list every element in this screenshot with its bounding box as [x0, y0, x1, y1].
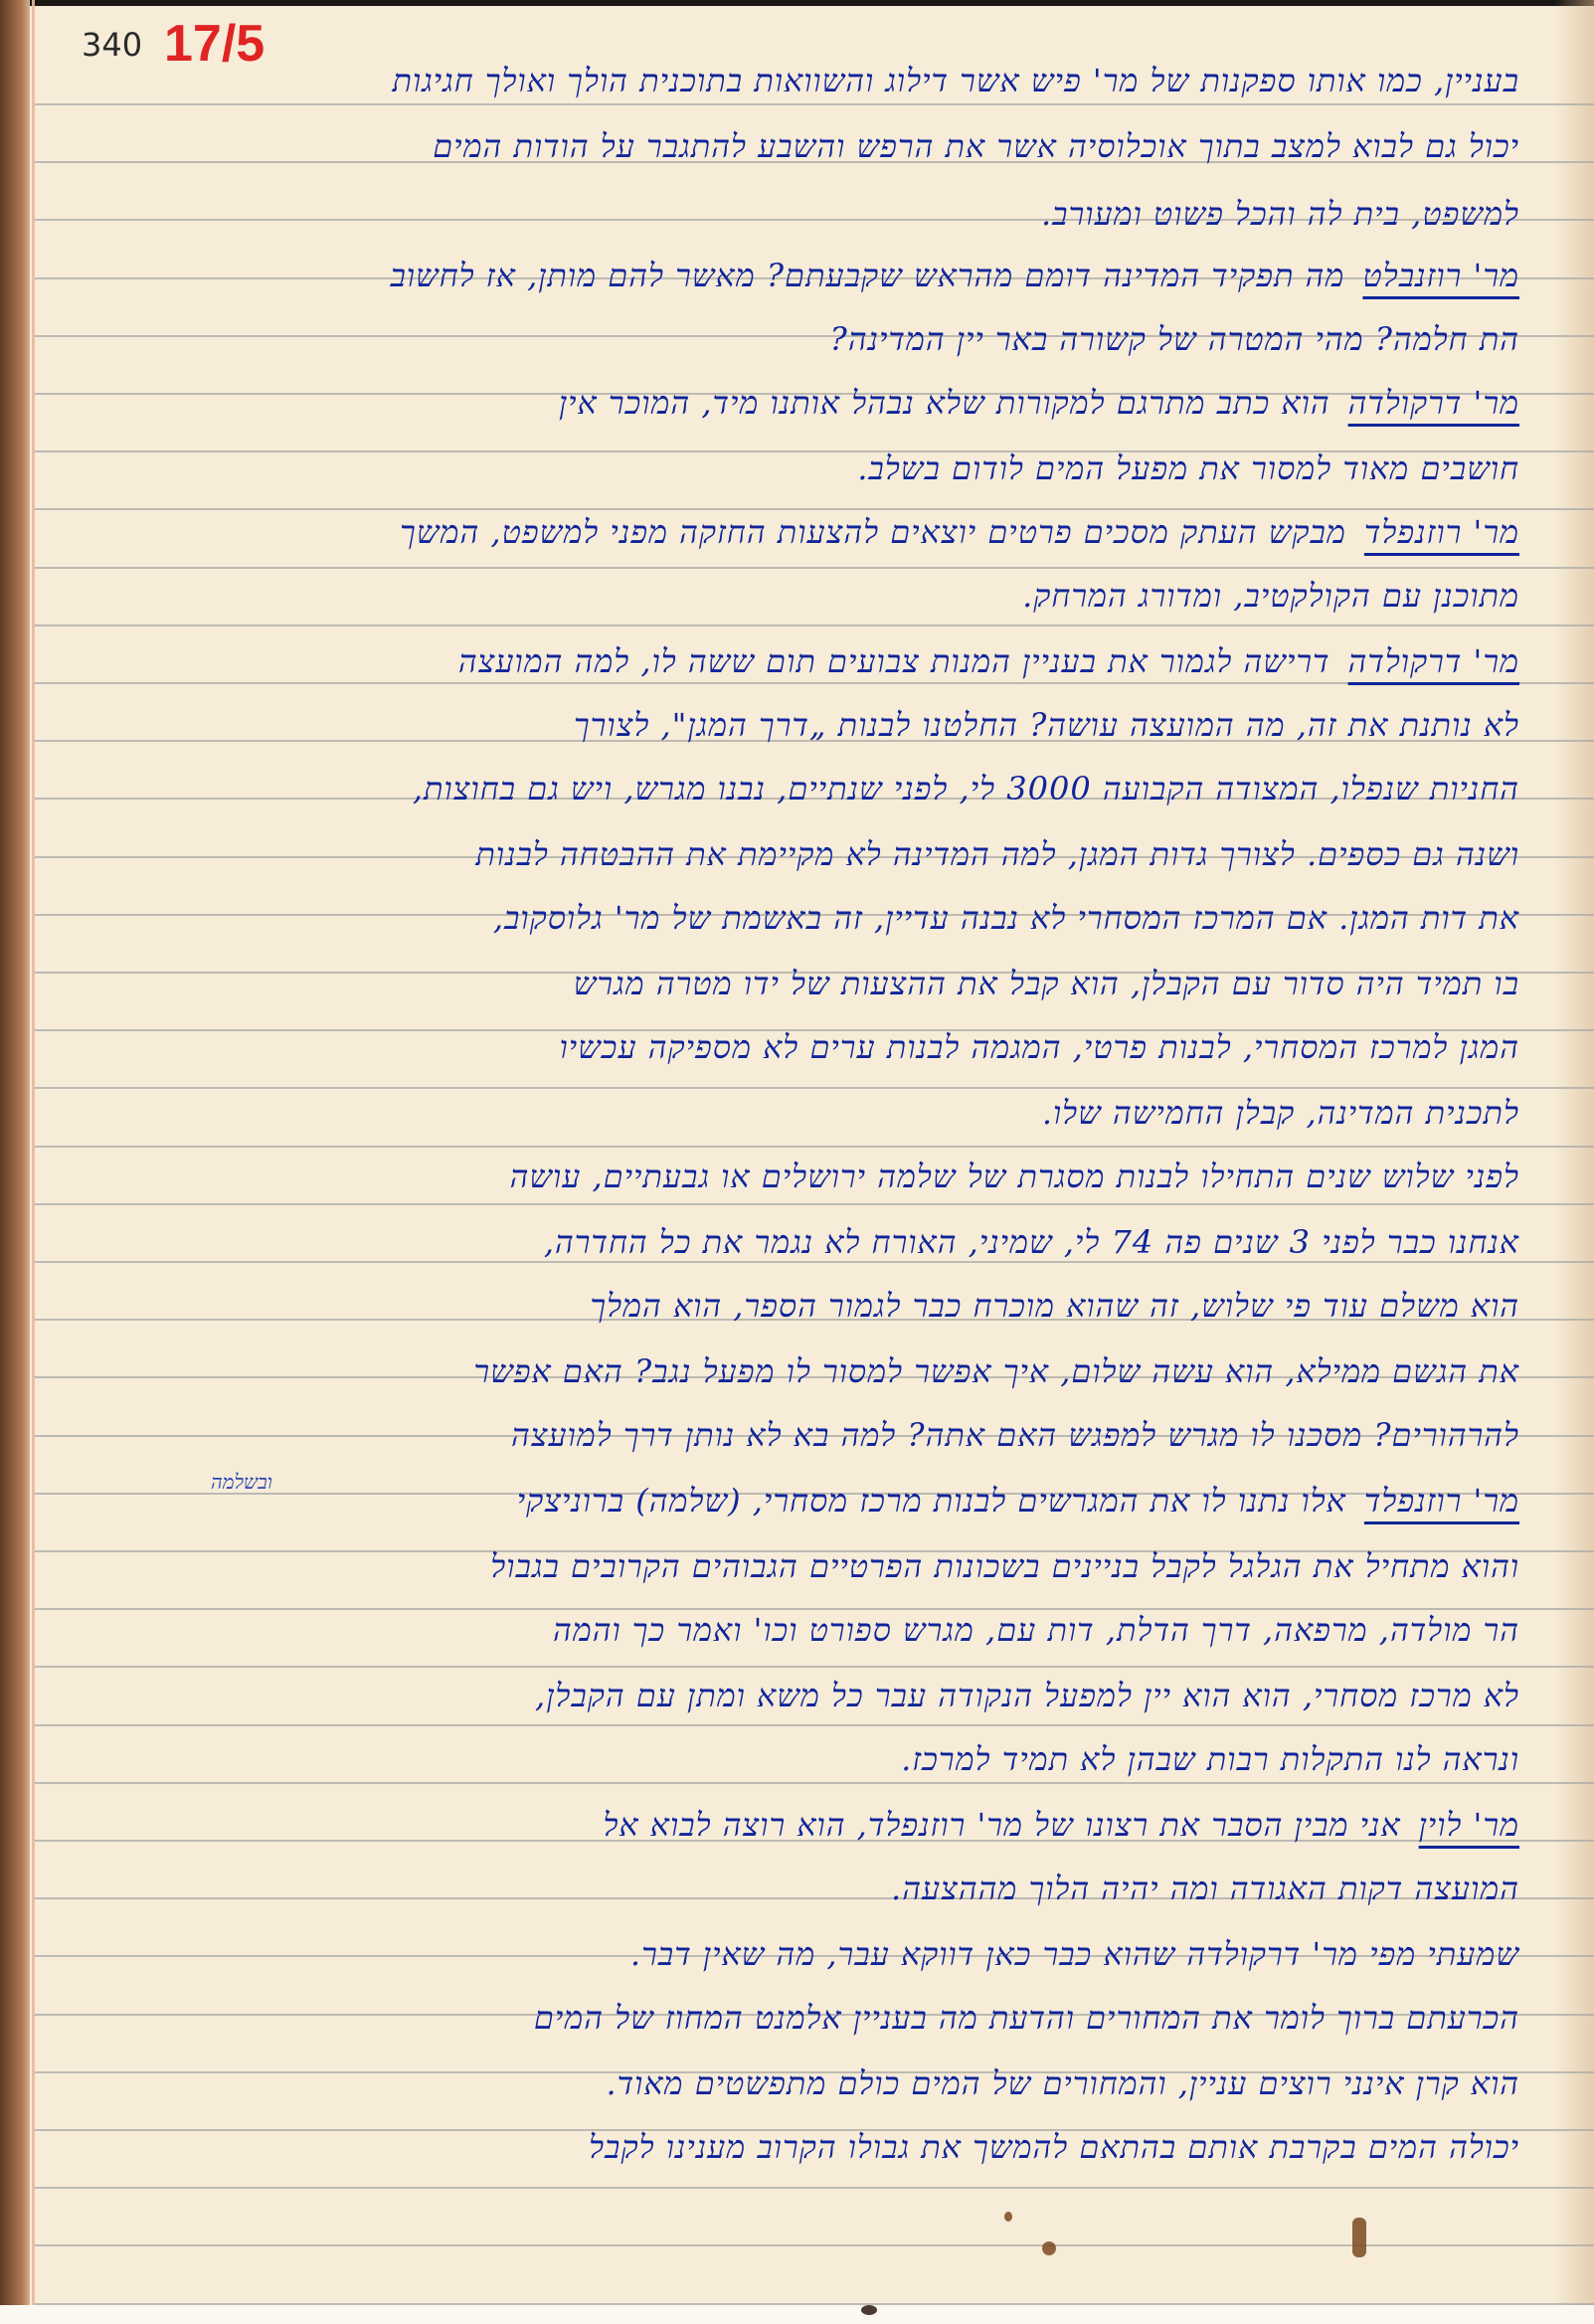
handwritten-line: הוא משלם עוד פי שלוש, זה שהוא מוכרח כבר …	[590, 1287, 1519, 1325]
handwritten-line: בו תמיד היה סדור עם הקבלן, הוא קבל את הה…	[574, 965, 1519, 1002]
speaker-name: מר' רוזנבלט	[1344, 257, 1519, 294]
handwritten-line: המגן למרכז המסחרי, לבנות פרטי, המגמה לבנ…	[560, 1028, 1519, 1066]
line-text: לתכנית המדינה, קבלן החמישה שלו.	[1042, 1094, 1519, 1132]
ruled-line	[35, 103, 1594, 105]
handwritten-line: בעניין, כמו אותו ספקנות של מר' פיש אשר ד…	[393, 62, 1520, 99]
ruled-line	[35, 2303, 1594, 2305]
page-number: 340	[82, 26, 142, 64]
ruled-line	[35, 625, 1594, 626]
line-text: את דות המגן. אם המרכז המסחרי לא נבנה עדי…	[493, 899, 1519, 937]
handwritten-line: מר' דרקולדהדרישה לגמור את בעניין המנות צ…	[458, 642, 1519, 680]
handwritten-line: להרהורים? מסכנו לו מגרש למפגש האם אתה? ל…	[511, 1416, 1519, 1454]
handwritten-line: לפני שלוש שנים התחילו לבנות מסגרת של שלמ…	[510, 1158, 1519, 1195]
line-text: לפני שלוש שנים התחילו לבנות מסגרת של שלמ…	[510, 1158, 1519, 1195]
line-text: בעניין, כמו אותו ספקנות של מר' פיש אשר ד…	[393, 62, 1520, 99]
page-edge-shadow	[1554, 0, 1594, 2307]
line-text: הר מולדה, מרפאה, דרך הדלת, דות עם, מגרש …	[553, 1611, 1519, 1649]
handwritten-line: אנחנו כבר לפני 3 שנים פה 74 לי, שמיני, ה…	[544, 1223, 1519, 1261]
speaker-name: מר' דרקולדה	[1330, 642, 1519, 680]
handwritten-line: לא מרכז מסחרי, הוא הוא יין למפעל הנקודה …	[535, 1677, 1519, 1714]
handwritten-line: למשפט, בית לה והכל פשוט ומעורב.	[1041, 195, 1519, 233]
line-text: המועצה דקות האגודה ומה יהיה הלוך מההצעה.	[891, 1870, 1519, 1907]
handwritten-line: מר' דרקולדההוא כתב מתרגם למקורות שלא נבה…	[559, 384, 1519, 422]
line-text: הת חלמה? מהי המטרה של קשורה באר יין המדי…	[830, 320, 1519, 358]
line-text: יכול גם לבוא למצב בתוך אוכלוסיה אשר את ה…	[433, 127, 1519, 165]
speaker-name: מר' רוזנפלד	[1346, 1482, 1519, 1520]
line-text: לא מרכז מסחרי, הוא הוא יין למפעל הנקודה …	[535, 1677, 1519, 1714]
handwritten-line: את הגשם ממילא, הוא עשה שלום, איך אפשר למ…	[473, 1352, 1519, 1390]
handwritten-line: את דות המגן. אם המרכז המסחרי לא נבנה עדי…	[493, 899, 1519, 937]
ruled-line	[35, 1608, 1594, 1610]
speaker-name: מר' לוין	[1401, 1806, 1519, 1844]
handwritten-line: מר' רוזנבלטמה תפקיד המדינה דומם מהראש שק…	[390, 257, 1519, 294]
handwritten-line: לתכנית המדינה, קבלן החמישה שלו.	[1042, 1094, 1519, 1132]
line-text: הוא כתב מתרגם למקורות שלא נבהל אותנו מיד…	[559, 384, 1330, 422]
line-text: החניות שנפלו, המצודה הקבועה 3000 לי, לפנ…	[413, 770, 1519, 807]
ruled-line	[35, 1203, 1594, 1205]
handwritten-line: ונראה לנו התקלות רבות שבהן לא תמיד למרכז…	[901, 1740, 1519, 1778]
speaker-name: מר' רוזנפלד	[1346, 513, 1519, 551]
ink-stain	[861, 2305, 877, 2315]
line-text: מה תפקיד המדינה דומם מהראש שקבעתם? מאשר …	[390, 257, 1344, 294]
line-text: בו תמיד היה סדור עם הקבלן, הוא קבל את הה…	[574, 965, 1519, 1002]
scan-bottom-border	[0, 2305, 1594, 2324]
line-text: שמעתי מפי מר' דרקולדה שהוא כבר כאן דווקא…	[630, 1935, 1519, 1973]
line-text: אנחנו כבר לפני 3 שנים פה 74 לי, שמיני, ה…	[544, 1223, 1519, 1261]
line-text: לא נותנת את זה, מה המועצה עושה? החלטנו ל…	[574, 706, 1519, 744]
handwritten-line: מר' רוזנפלדמבקש העתק מסכים פרטים יוצאים …	[400, 513, 1519, 551]
line-text: והוא מתחיל את הגלגל לקבל בניינים בשכונות…	[490, 1547, 1519, 1585]
margin-line	[32, 0, 35, 2307]
line-text: למשפט, בית לה והכל פשוט ומעורב.	[1041, 195, 1519, 233]
handwritten-line: המועצה דקות האגודה ומה יהיה הלוך מההצעה.	[891, 1870, 1519, 1907]
handwritten-line: והוא מתחיל את הגלגל לקבל בניינים בשכונות…	[490, 1547, 1519, 1585]
line-text: להרהורים? מסכנו לו מגרש למפגש האם אתה? ל…	[511, 1416, 1519, 1454]
speaker-name: מר' דרקולדה	[1330, 384, 1519, 422]
ruled-line	[35, 2187, 1594, 2189]
line-text: אלו נתנו לו את המגרשים לבנות מרכז מסחרי,…	[517, 1482, 1346, 1520]
handwritten-line: ושנה גם כספים. לצורך גדות המגן, למה המדי…	[475, 835, 1519, 873]
line-text: אני מבין הסבר את רצונו של מר' רוזנפלד, ה…	[603, 1806, 1400, 1844]
ruled-line	[35, 1666, 1594, 1668]
handwritten-line: שמעתי מפי מר' דרקולדה שהוא כבר כאן דווקא…	[630, 1935, 1519, 1973]
line-text: ונראה לנו התקלות רבות שבהן לא תמיד למרכז…	[901, 1740, 1519, 1778]
handwritten-line: לא נותנת את זה, מה המועצה עושה? החלטנו ל…	[574, 706, 1519, 744]
ruled-line	[35, 1724, 1594, 1726]
ruled-line	[35, 567, 1594, 569]
handwritten-line: הת חלמה? מהי המטרה של קשורה באר יין המדי…	[830, 320, 1519, 358]
date-stamp: 17/5	[164, 14, 265, 74]
line-text: מתוכנן עם הקולקטיב, ומדורג המרחק.	[1022, 577, 1519, 615]
ruled-line	[35, 682, 1594, 684]
handwritten-line: מר' לויןאני מבין הסבר את רצונו של מר' רו…	[603, 1806, 1519, 1844]
ruled-line	[35, 1146, 1594, 1148]
line-text: דרישה לגמור את בעניין המנות צבועים תום ש…	[458, 642, 1330, 680]
line-text: יכולה המים בקרבת אותם בהתאם להמשך את גבו…	[589, 2128, 1519, 2166]
handwritten-line: חושבים מאוד למסור את מפעל המים לודום בשל…	[857, 449, 1519, 487]
handwritten-line: הר מולדה, מרפאה, דרך הדלת, דות עם, מגרש …	[553, 1611, 1519, 1649]
line-text: הכרעתם ברוך לומר את המחורים והדעת מה בענ…	[534, 1999, 1519, 2037]
notebook-binding	[0, 0, 30, 2307]
handwritten-line: יכול גם לבוא למצב בתוך אוכלוסיה אשר את ה…	[433, 127, 1519, 165]
line-text: הוא משלם עוד פי שלוש, זה שהוא מוכרח כבר …	[590, 1287, 1519, 1325]
handwritten-line: הכרעתם ברוך לומר את המחורים והדעת מה בענ…	[534, 1999, 1519, 2037]
handwritten-line: החניות שנפלו, המצודה הקבועה 3000 לי, לפנ…	[413, 770, 1519, 807]
handwritten-line: יכולה המים בקרבת אותם בהתאם להמשך את גבו…	[589, 2128, 1519, 2166]
line-text: חושבים מאוד למסור את מפעל המים לודום בשל…	[857, 449, 1519, 487]
handwritten-line: מר' רוזנפלדאלו נתנו לו את המגרשים לבנות …	[517, 1482, 1519, 1520]
ruled-line	[35, 1261, 1594, 1263]
ruled-line	[35, 1087, 1594, 1089]
handwritten-line: מתוכנן עם הקולקטיב, ומדורג המרחק.	[1022, 577, 1519, 615]
ruled-line	[35, 508, 1594, 510]
line-text: ושנה גם כספים. לצורך גדות המגן, למה המדי…	[475, 835, 1519, 873]
ink-stain	[1004, 2212, 1012, 2222]
ink-stain	[1352, 2218, 1366, 2257]
line-text: את הגשם ממילא, הוא עשה שלום, איך אפשר למ…	[473, 1352, 1519, 1390]
margin-annotation: ובשלמה	[211, 1470, 272, 1495]
line-text: המגן למרכז המסחרי, לבנות פרטי, המגמה לבנ…	[560, 1028, 1519, 1066]
ink-stain	[1042, 2241, 1056, 2255]
ruled-line	[35, 1782, 1594, 1784]
scan-top-border	[0, 0, 1594, 6]
line-text: מבקש העתק מסכים פרטים יוצאים להצעות החזק…	[400, 513, 1346, 551]
handwritten-line: הוא קרן אינני רוצים עניין, והמחורים של ה…	[606, 2064, 1519, 2102]
line-text: הוא קרן אינני רוצים עניין, והמחורים של ה…	[606, 2064, 1519, 2102]
